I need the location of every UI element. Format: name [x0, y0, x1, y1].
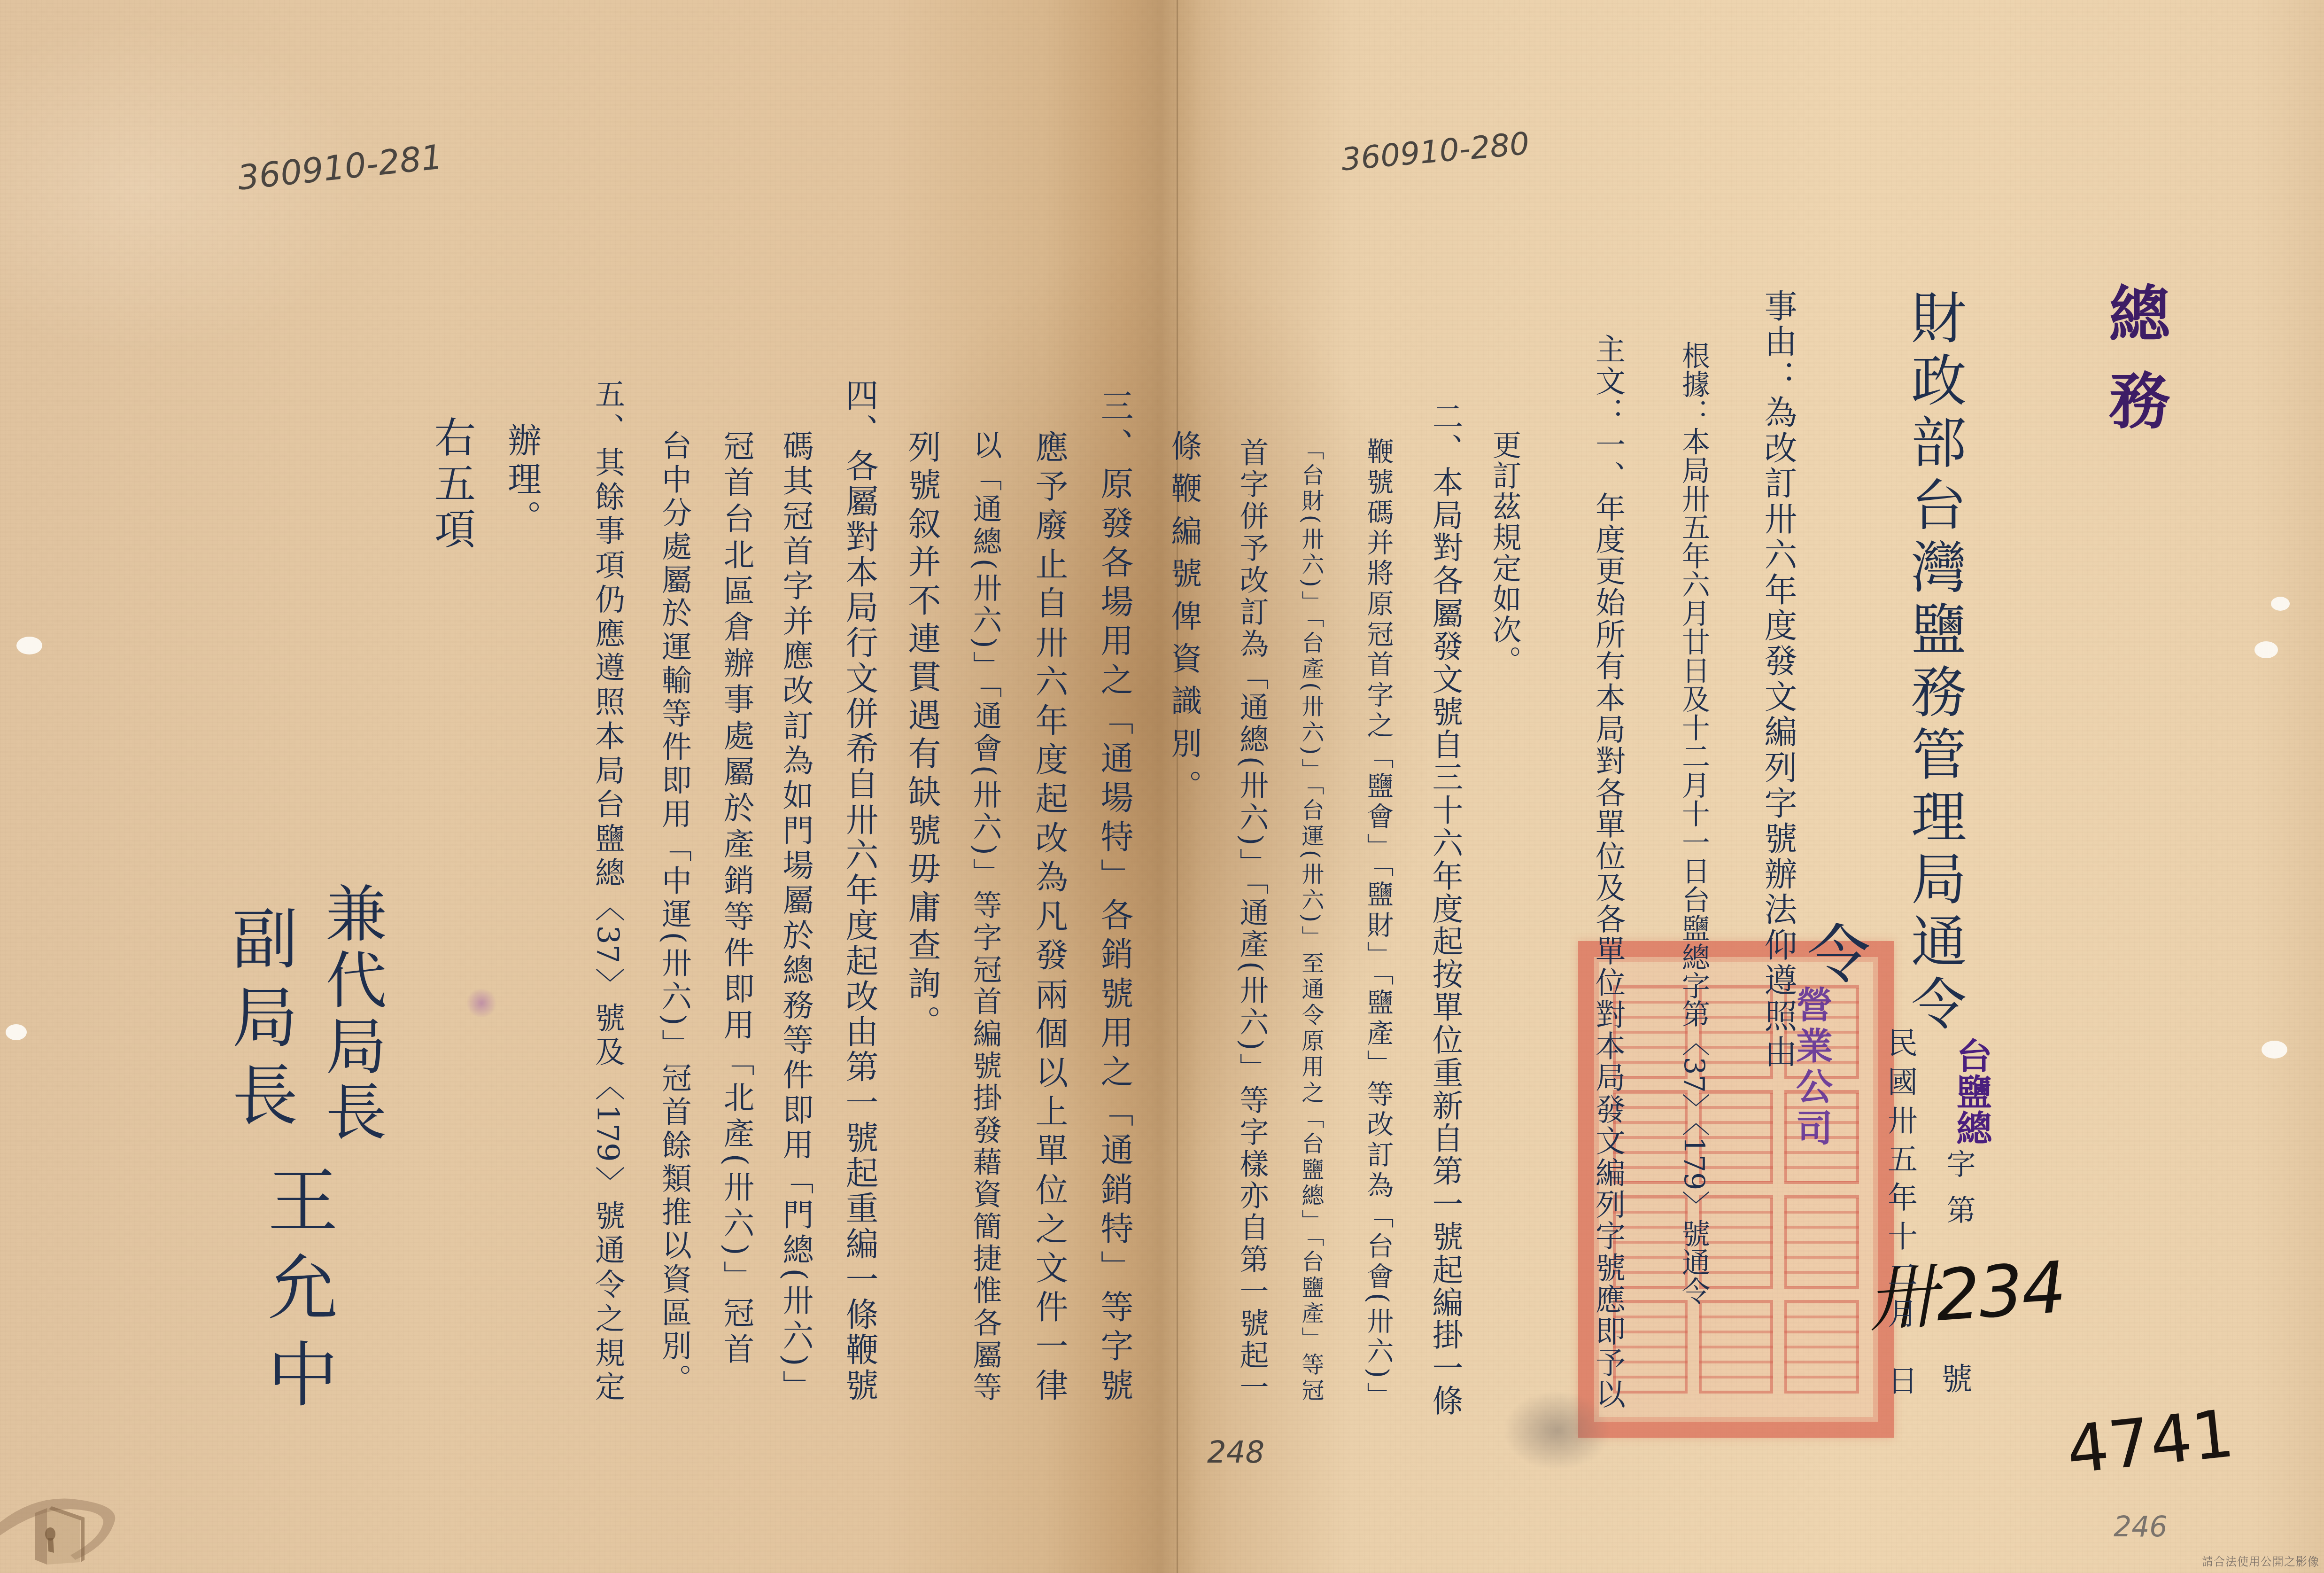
paper-hole — [2254, 641, 2278, 658]
body-column: 應予廢止自卅六年度起改為凡發兩個以上單位之文件一律 — [1033, 430, 1066, 1401]
document-number-label: 字第 — [1944, 1149, 1973, 1224]
subject-line: 事由：為改訂卅六年度發文編列字號辦法仰遵照由 — [1762, 289, 1795, 1067]
body-column: 列號叙并不連貫遇有缺號毋庸查詢。 — [906, 430, 938, 1038]
order-character: 令 — [1802, 921, 1865, 987]
signature-title-deputy-director: 副局長 — [226, 904, 292, 1127]
document-number-suffix: 號 — [1938, 1363, 1969, 1395]
issue-date: 民國卅五年十二月 — [1885, 1027, 1915, 1328]
body-column: 鞭號碼并將原冠首字之「鹽會」「鹽財」「鹽產」等改訂為「台會(卅六)」 — [1364, 437, 1391, 1409]
paper-hole — [6, 1024, 27, 1040]
signature-title-acting-director: 兼代局長 — [321, 882, 382, 1141]
body-column: 台中分處屬於運輸等件即用「中運(卅六)」冠首餘類推以資區別。 — [659, 430, 689, 1394]
seal-glyph — [1784, 1195, 1859, 1289]
signature-name: 王允中 — [261, 1164, 332, 1408]
paper-hole — [2271, 597, 2290, 611]
body-column: 冠首台北區倉辦事處屬於產銷等件即用「北產(卅六)」冠首 — [720, 430, 751, 1364]
body-column: 「台財(卅六)」「台產(卅六)」「台運(卅六)」至通令原用之「台鹽總」「台鹽產」… — [1300, 437, 1322, 1401]
closing-line: 右五項 — [431, 416, 473, 549]
seal-glyph — [1699, 1300, 1774, 1394]
body-column: 三、原發各場用之「通場特」各銷號用之「通銷特」等字號 — [1098, 389, 1131, 1401]
page-number-center: 248 — [1207, 1438, 1264, 1468]
official-seal — [1578, 941, 1894, 1438]
body-column: 五、其餘事項仍應遵照本局台鹽總〈37〉號及〈179〉號通令之規定 — [592, 378, 622, 1401]
seal-glyph — [1784, 1300, 1859, 1394]
body-column: 首字併予改訂為「通總(卅六)」「通產(卅六)」等字樣亦自第一號起一 — [1237, 437, 1266, 1401]
archive-book-keyhole-icon — [0, 1475, 117, 1569]
body-column: 更訂茲規定如次。 — [1490, 430, 1519, 675]
issuer-title: 財政部台灣鹽務管理局通令 — [1906, 289, 1962, 1030]
corner-page-number: 246 — [2114, 1513, 2168, 1541]
company-stamp: 營業公司 — [1793, 986, 1829, 1145]
issue-date-day: 日 — [1885, 1365, 1915, 1396]
corner-number: 4741 — [2064, 1401, 2237, 1484]
body-column: 二、本局對各屬發文號自三十六年度起按單位重新自第一號起編掛一條 — [1429, 400, 1460, 1416]
body-column: 碼其冠首字并應改訂為如門場屬於總務等件即用「門總(卅六)」 — [780, 430, 811, 1401]
basis-line: 根據：本局卅五年六月廿日及十二月十一日台鹽總字第〈37〉〈179〉號通令 — [1680, 341, 1708, 1305]
body-column: 主文：一、年度更始所有本局對各單位及各單位對本局發文編列字號應即予以 — [1593, 334, 1623, 1409]
body-column: 辦理。 — [505, 423, 539, 534]
ink-blot — [465, 989, 498, 1017]
paper-hole — [2262, 1041, 2287, 1059]
department-stamp: 總務 — [2104, 282, 2165, 430]
body-column: 條鞭編號俾資識別。 — [1168, 430, 1199, 801]
usage-watermark: 請合法使用公開之影像 — [2202, 1556, 2319, 1567]
body-column: 以「通總(卅六)」「通會(卅六)」等字冠首編號掛發藉資簡捷惟各屬等 — [970, 430, 999, 1401]
paper-hole — [16, 637, 42, 654]
document-prefix-stamp: 台鹽總 — [1953, 1037, 1989, 1145]
body-column: 四、各屬對本局行文併希自卅六年度起改由第一號起重編一條鞭號 — [843, 378, 876, 1401]
